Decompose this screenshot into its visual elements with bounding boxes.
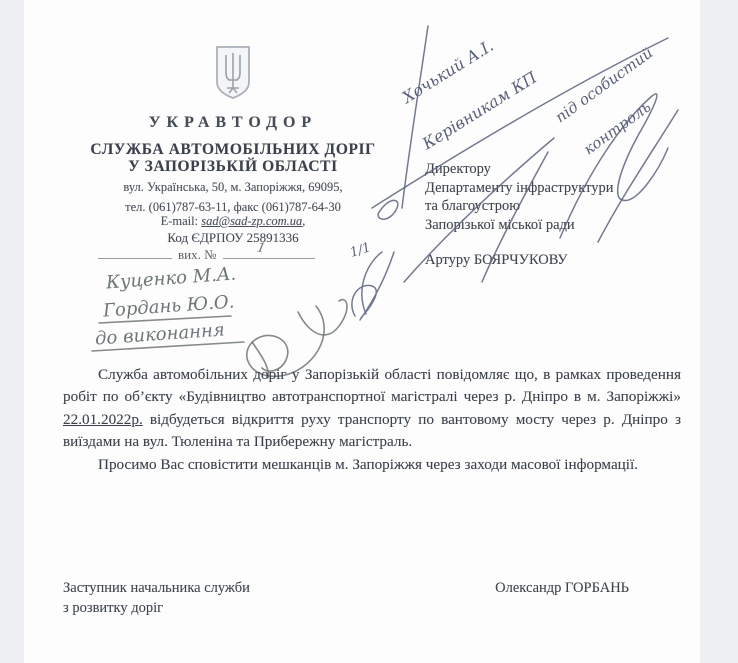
outgoing-ref-line: вих. №1 bbox=[98, 246, 315, 263]
ref-date-blank bbox=[98, 246, 172, 259]
signer-title-line2: з розвитку доріг bbox=[63, 598, 250, 618]
email-label: E-mail: bbox=[161, 214, 202, 228]
ref-number-blank: 1 bbox=[223, 246, 315, 259]
addressee-name: Артуру БОЯРЧУКОВУ bbox=[425, 251, 614, 270]
addressee-line: Директору bbox=[425, 160, 614, 179]
paragraph-text: відбудеться відкриття руху транспорту по… bbox=[63, 411, 681, 450]
org-name-line2: У ЗАПОРІЗЬКІЙ ОБЛАСТІ bbox=[85, 158, 381, 175]
handwritten-note-line: Гордань Ю.О. bbox=[102, 291, 235, 321]
coat-of-arms-icon bbox=[85, 44, 381, 104]
org-name-line1: СЛУЖБА АВТОМОБІЛЬНИХ ДОРІГ bbox=[85, 141, 381, 158]
signer-name: Олександр ГОРБАНЬ bbox=[495, 578, 629, 618]
handwritten-note-line: до виконання bbox=[94, 319, 225, 349]
letterhead: УКРАВТОДОР СЛУЖБА АВТОМОБІЛЬНИХ ДОРІГ У … bbox=[85, 44, 381, 245]
org-address: вул. Українська, 50, м. Запоріжжя, 69095… bbox=[85, 180, 381, 195]
page-mark-paraph bbox=[352, 252, 394, 320]
email-address: sad@sad-zp.com.ua bbox=[201, 214, 302, 228]
note-signature bbox=[298, 300, 347, 335]
addressee-line: Департаменту інфраструктури bbox=[425, 179, 614, 198]
letter-body: Служба автомобільних доріг у Запорізькій… bbox=[63, 364, 681, 476]
handwritten-resolution-line: контроль bbox=[580, 98, 654, 159]
org-email-line: E-mail: sad@sad-zp.com.ua, bbox=[85, 214, 381, 229]
scan-left-margin bbox=[0, 0, 24, 663]
addressee-block: Директору Департаменту інфраструктури та… bbox=[425, 160, 614, 270]
scanned-letter-page: УКРАВТОДОР СЛУЖБА АВТОМОБІЛЬНИХ ДОРІГ У … bbox=[0, 0, 738, 663]
handwritten-note-line: Куценко М.А. bbox=[105, 263, 236, 293]
addressee-line: Запорізької міської ради bbox=[425, 216, 614, 235]
signer-title-line1: Заступник начальника служби bbox=[63, 578, 250, 598]
paragraph-request: Просимо Вас сповістити мешканців м. Запо… bbox=[63, 454, 681, 476]
org-phones: тел. (061)787-63-11, факс (061)787-64-30 bbox=[85, 200, 381, 215]
ref-label: вих. № bbox=[178, 247, 217, 262]
email-comma: , bbox=[302, 214, 305, 228]
agency-name: УКРАВТОДОР bbox=[85, 114, 381, 132]
signer-title: Заступник начальника служби з розвитку д… bbox=[63, 578, 250, 618]
signoff-block: Заступник начальника служби з розвитку д… bbox=[63, 578, 629, 618]
scan-right-margin bbox=[700, 0, 738, 663]
org-edrpou-code: Код ЄДРПОУ 25891336 bbox=[85, 230, 381, 245]
paragraph-text: Служба автомобільних доріг у Запорізькій… bbox=[63, 366, 681, 405]
opening-date: 22.01.2022р. bbox=[63, 411, 143, 428]
paragraph-announcement: Служба автомобільних доріг у Запорізькій… bbox=[63, 364, 681, 454]
addressee-line: та благоустрою bbox=[425, 197, 614, 216]
